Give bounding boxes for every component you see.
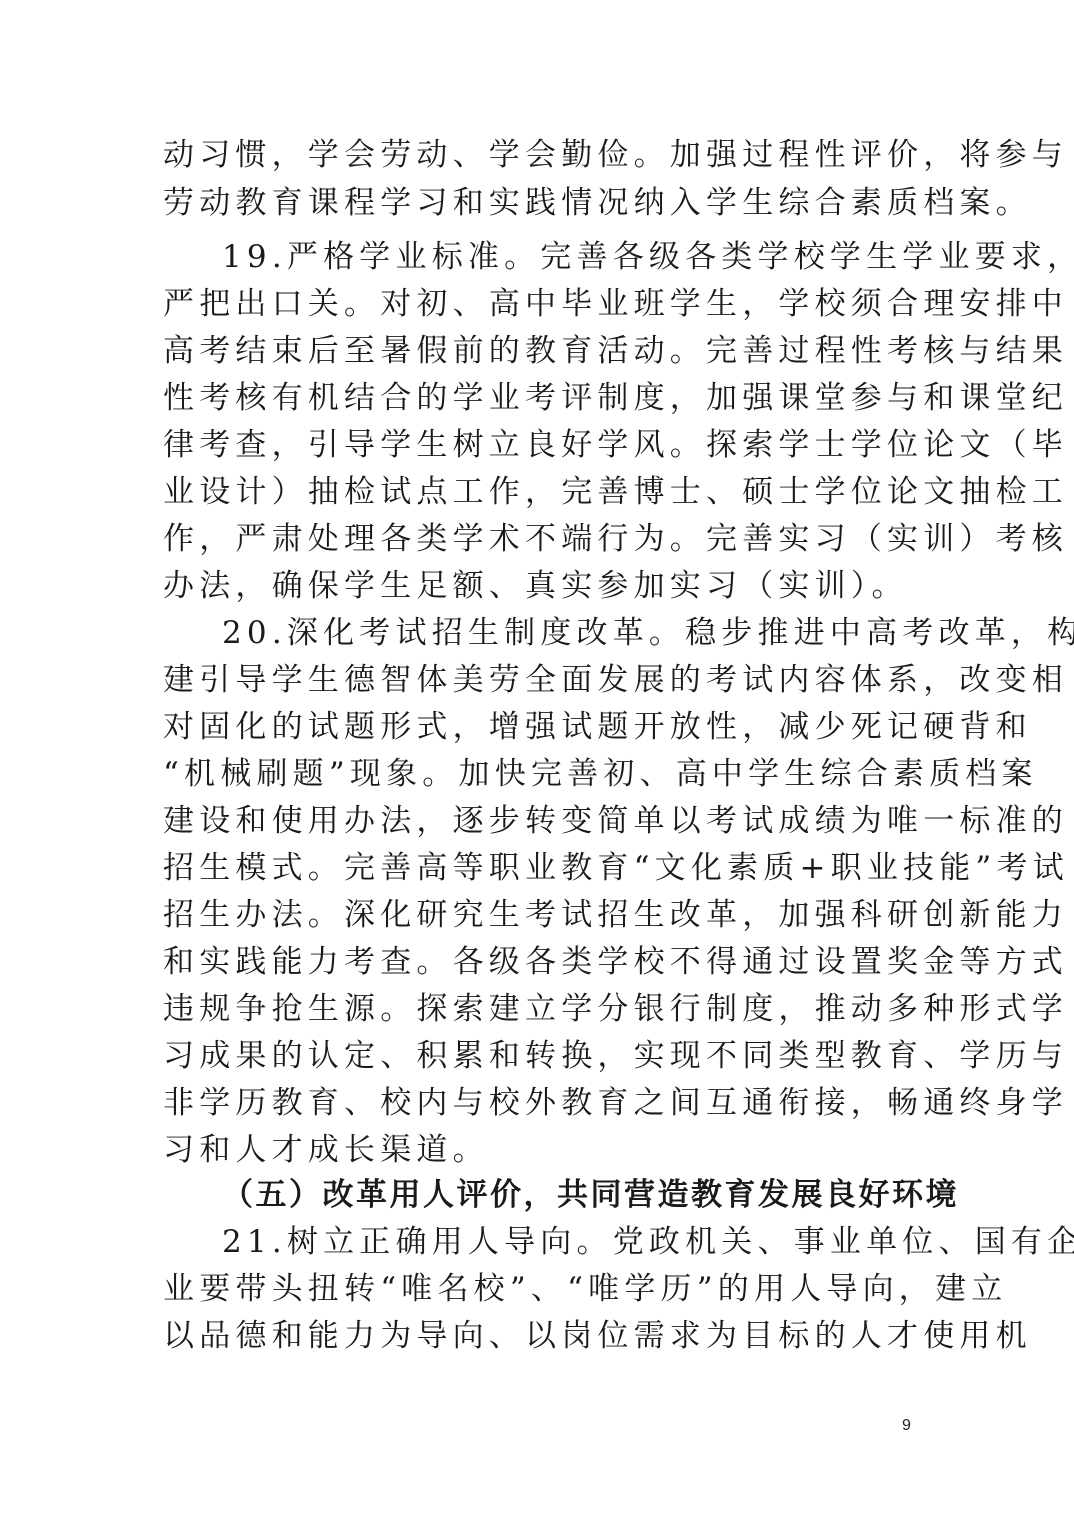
page-number: 9 xyxy=(902,1417,911,1435)
text-line: 以品德和能力为导向、以岗位需求为目标的人才使用机 xyxy=(163,1316,1032,1356)
text-line: 非学历教育、校内与校外教育之间互通衔接，畅通终身学 xyxy=(163,1083,1068,1123)
paragraph-20-start: 20.深化考试招生制度改革。稳步推进中高考改革，构 xyxy=(222,613,1074,653)
text-line: 和实践能力考查。各级各类学校不得通过设置奖金等方式 xyxy=(163,942,1068,982)
text-line: 建设和使用办法，逐步转变简单以考试成绩为唯一标准的 xyxy=(163,801,1068,841)
text-line: 劳动教育课程学习和实践情况纳入学生综合素质档案。 xyxy=(163,183,1032,223)
text-line: 作，严肃处理各类学术不端行为。完善实习（实训）考核 xyxy=(163,519,1068,559)
document-page: 动习惯，学会劳动、学会勤俭。加强过程性评价，将参与 劳动教育课程学习和实践情况纳… xyxy=(0,0,1074,1520)
text-line: 招生模式。完善高等职业教育“文化素质+职业技能”考试 xyxy=(163,848,1069,888)
section-heading-5: （五）改革用人评价，共同营造教育发展良好环境 xyxy=(222,1175,959,1215)
text-line: 高考结束后至暑假前的教育活动。完善过程性考核与结果 xyxy=(163,331,1068,371)
text-line: 性考核有机结合的学业考评制度，加强课堂参与和课堂纪 xyxy=(163,378,1068,418)
text-line: 业要带头扭转“唯名校”、“唯学历”的用人导向，建立 xyxy=(163,1269,1007,1309)
text-line: 对固化的试题形式，增强试题开放性，减少死记硬背和 xyxy=(163,707,1032,747)
text-line: 严把出口关。对初、高中毕业班学生，学校须合理安排中 xyxy=(163,284,1068,324)
text-line: “机械刷题”现象。加快完善初、高中学生综合素质档案 xyxy=(163,754,1038,794)
text-line: 习和人才成长渠道。 xyxy=(163,1130,489,1170)
text-line: 业设计）抽检试点工作，完善博士、硕士学位论文抽检工 xyxy=(163,472,1068,512)
paragraph-19-start: 19.严格学业标准。完善各级各类学校学生学业要求， xyxy=(222,237,1074,277)
text-line: 建引导学生德智体美劳全面发展的考试内容体系，改变相 xyxy=(163,660,1068,700)
paragraph-21-start: 21.树立正确用人导向。党政机关、事业单位、国有企 xyxy=(222,1222,1074,1262)
text-line: 招生办法。深化研究生考试招生改革，加强科研创新能力 xyxy=(163,895,1068,935)
text-line: 办法，确保学生足额、真实参加实习（实训）。 xyxy=(163,566,908,606)
text-line: 违规争抢生源。探索建立学分银行制度，推动多种形式学 xyxy=(163,989,1068,1029)
text-line: 习成果的认定、积累和转换，实现不同类型教育、学历与 xyxy=(163,1036,1068,1076)
text-line: 律考查，引导学生树立良好学风。探索学士学位论文（毕 xyxy=(163,425,1068,465)
text-line: 动习惯，学会劳动、学会勤俭。加强过程性评价，将参与 xyxy=(163,135,1068,175)
